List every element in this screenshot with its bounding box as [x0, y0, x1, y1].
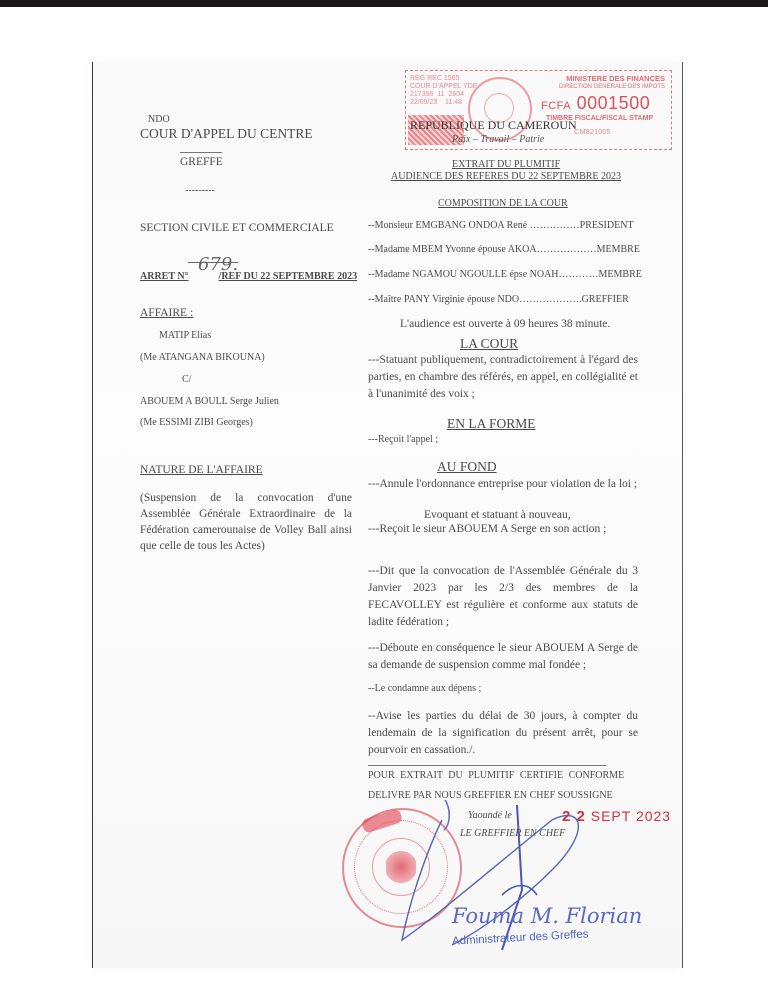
- en-la-forme-text: ---Reçoit l'appel ;: [368, 434, 438, 445]
- au-fond-avise: --Avise les parties du délai de 30 jours…: [368, 708, 638, 759]
- au-fond-evoquant: Evoquant et statuant à nouveau,: [424, 509, 571, 521]
- audience-opening: L'audience est ouverte à 09 heures 38 mi…: [400, 318, 610, 330]
- certification-line-1: POUR EXTRAIT DU PLUMITIF CERTIFIE CONFOR…: [368, 770, 624, 781]
- nature-label: NATURE DE L'AFFAIRE: [140, 464, 263, 476]
- initials: NDO: [148, 114, 170, 125]
- signatory-name: Fouma M. Florian: [452, 904, 642, 928]
- section-label: SECTION CIVILE ET COMMERCIALE: [140, 222, 334, 234]
- composition-president: --Monsieur EMGBANG ONDOA René ……………PRESI…: [368, 220, 634, 231]
- la-cour-title: LA COUR: [460, 336, 518, 352]
- extract-title: EXTRAIT DU PLUMITIF: [452, 159, 560, 170]
- greffe-label: GREFFE: [180, 156, 223, 168]
- appellant: MATIP Elias: [159, 330, 211, 341]
- court-name: COUR D'APPEL DU CENTRE: [140, 126, 313, 142]
- en-la-forme-title: EN LA FORME: [447, 416, 536, 432]
- stamp-amount: FCFA 0001500: [541, 93, 650, 114]
- composition-member-2: --Madame NGAMOU NGOULLE épse NOAH…………MEM…: [368, 269, 642, 280]
- stamp-ministry: MINISTERE DES FINANCES DIRECTION GENERAL…: [559, 74, 665, 92]
- stamp-registration: REG REC 1565 COUR D'APPEL YDE 217356 11 …: [410, 75, 477, 107]
- la-cour-text: ---Statuant publiquement, contradictoire…: [368, 352, 638, 403]
- divider: [180, 152, 222, 153]
- au-fond-title: AU FOND: [437, 459, 497, 475]
- affaire-label: AFFAIRE :: [140, 307, 193, 319]
- respondent-counsel: (Me ESSIMI ZIBI Georges): [140, 417, 253, 428]
- top-bar: [0, 0, 768, 7]
- versus: C/: [182, 374, 191, 385]
- republic-motto: Paix – Travail – Patrie: [452, 134, 544, 145]
- nature-text: (Suspension de la convocation d'une Asse…: [140, 490, 352, 554]
- composition-member-1: --Madame MBEM Yvonne épouse AKOA………………ME…: [368, 244, 640, 255]
- separator: ---------: [185, 185, 215, 196]
- composition-greffier: --Maître PANY Virginie épouse NDO……………….…: [368, 294, 629, 305]
- respondent: ABOUEM A BOULL Serge Julien: [140, 396, 279, 407]
- republic-name: REPUBLIQUE DU CAMEROUN: [410, 118, 577, 133]
- hearing-title: AUDIENCE DES REFERES DU 22 SEPTEMBRE 202…: [391, 171, 621, 182]
- stamp-code: CM821005: [574, 127, 611, 136]
- au-fond-deboute: ---Déboute en conséquence le sieur ABOUE…: [368, 640, 638, 674]
- arret-label: ARRET N°/REF DU 22 SEPTEMBRE 2023: [140, 271, 357, 282]
- au-fond-annule: ---Annule l'ordonnance entreprise pour v…: [368, 476, 638, 493]
- au-fond-recoit: ---Reçoit le sieur ABOUEM A Serge en son…: [368, 523, 606, 535]
- composition-title: COMPOSITION DE LA COUR: [438, 198, 568, 209]
- appellant-counsel: (Me ATANGANA BIKOUNA): [140, 352, 265, 363]
- au-fond-condamne: --Le condamne aux dépens ;: [368, 683, 481, 694]
- certification-divider: [368, 765, 606, 766]
- au-fond-dit-que: ---Dit que la convocation de l'Assemblée…: [368, 563, 638, 631]
